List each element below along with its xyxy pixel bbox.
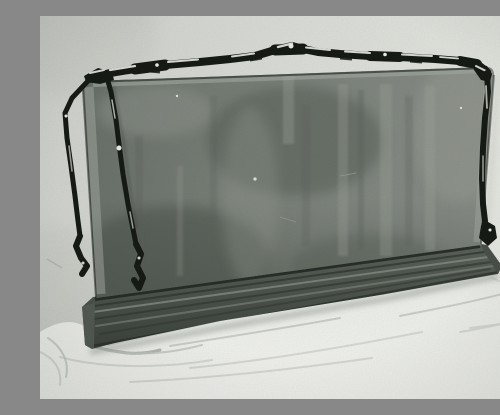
film-grain-overlay <box>40 16 500 399</box>
sculpture-photograph <box>40 16 500 399</box>
photograph-canvas <box>40 16 500 399</box>
